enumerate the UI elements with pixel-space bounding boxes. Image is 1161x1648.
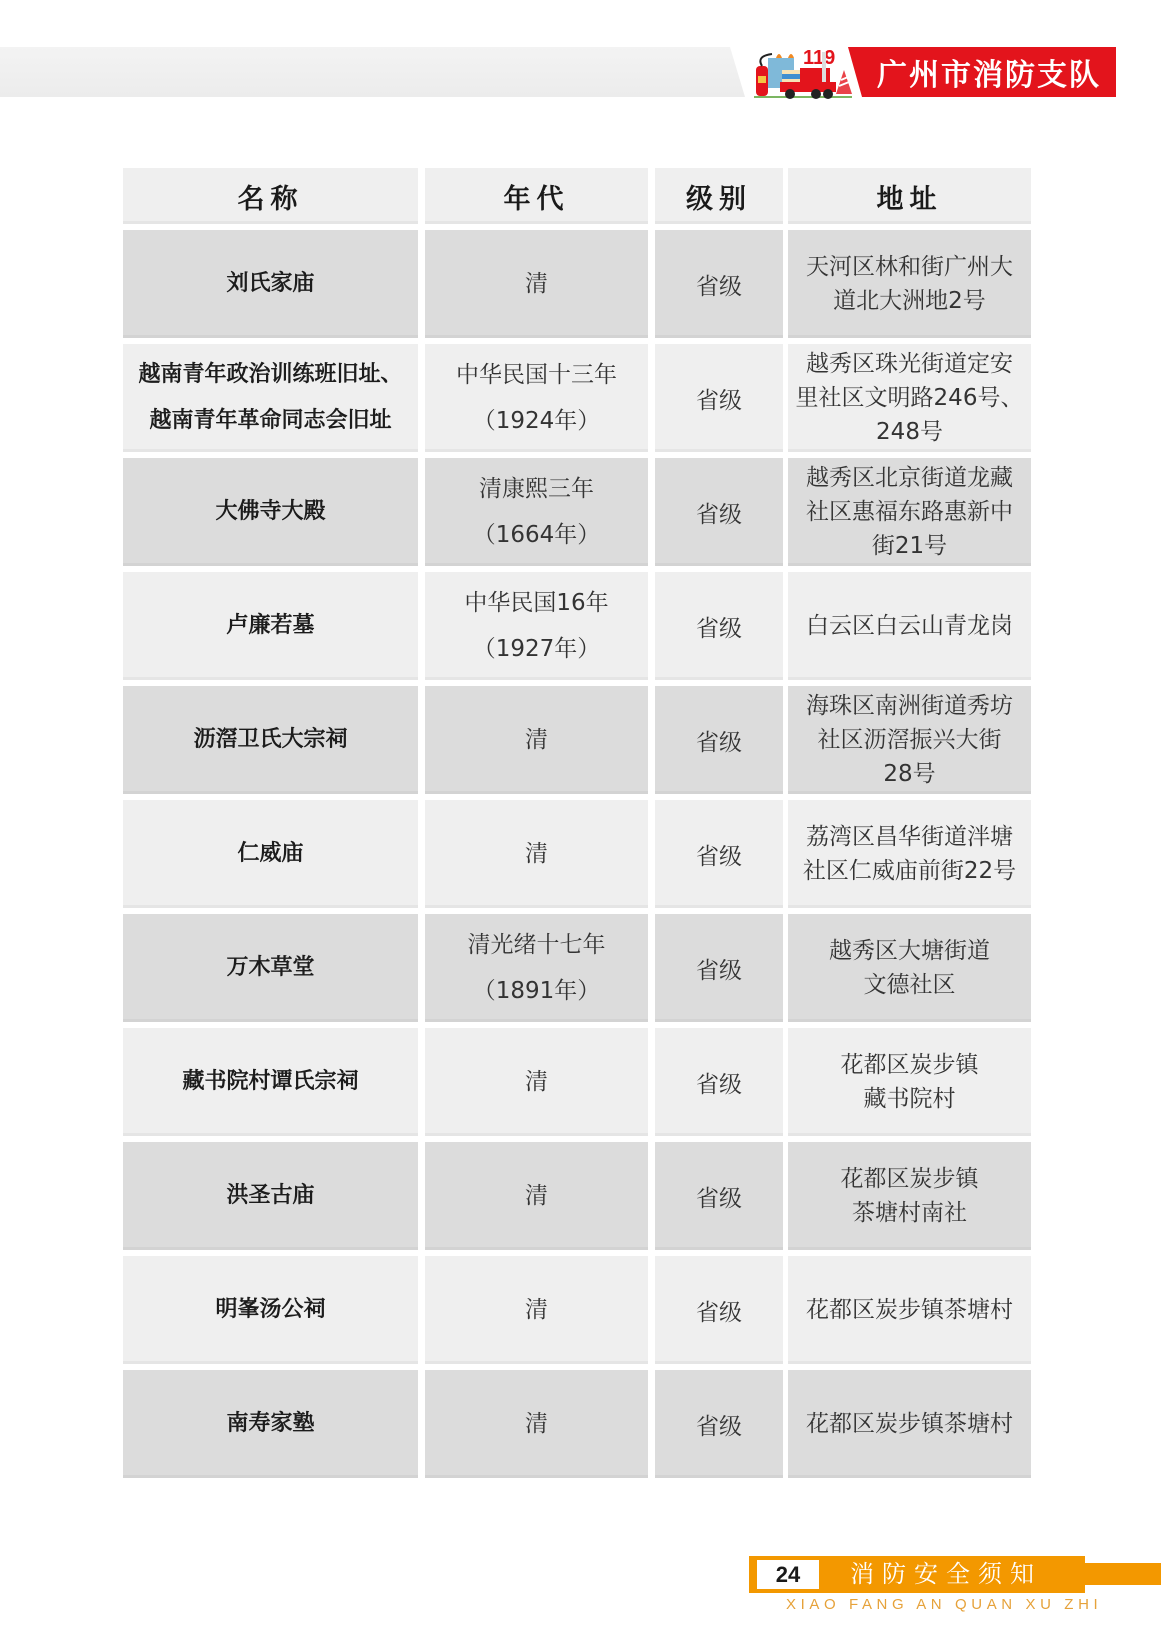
site-address-cell-line: 白云区白云山青龙岗 [806, 609, 1013, 643]
site-name-cell-line: 南寿家塾 [226, 1401, 314, 1447]
site-address-cell-line: 荔湾区昌华街道泮塘 [803, 820, 1016, 854]
site-era-cell-line: 清光绪十七年 [468, 922, 606, 968]
table-row: 南寿家塾清省级花都区炭步镇茶塘村 [123, 1370, 1031, 1478]
site-era-cell: 清 [425, 1028, 648, 1136]
site-name-cell: 越南青年政治训练班旧址、越南青年革命同志会旧址 [123, 344, 418, 452]
site-era-cell: 清 [425, 1142, 648, 1250]
site-address-cell: 越秀区大塘街道文德社区 [788, 914, 1031, 1022]
site-address-cell-line: 文德社区 [829, 968, 990, 1002]
site-era-cell-line: 中华民国十三年 [456, 352, 617, 398]
site-address-cell: 花都区炭步镇茶塘村 [788, 1256, 1031, 1364]
table-row: 万木草堂清光绪十七年（1891年）省级越秀区大塘街道文德社区 [123, 914, 1031, 1022]
site-name-cell: 刘氏家庙 [123, 230, 418, 338]
site-address-cell-line: 越秀区北京街道龙藏 [806, 461, 1013, 495]
table-row: 卢廉若墓中华民国16年（1927年）省级白云区白云山青龙岗 [123, 572, 1031, 680]
site-address-cell-line: 花都区炭步镇茶塘村 [806, 1407, 1013, 1441]
site-address-cell: 天河区林和街广州大道北大洲地2号 [788, 230, 1031, 338]
site-era-cell: 清 [425, 800, 648, 908]
site-address-cell-line: 茶塘村南社 [841, 1196, 979, 1230]
site-name-cell-line: 洪圣古庙 [226, 1173, 314, 1219]
site-level-cell: 省级 [655, 572, 783, 680]
site-era-cell: 清 [425, 686, 648, 794]
site-name-cell: 万木草堂 [123, 914, 418, 1022]
site-level-cell: 省级 [655, 344, 783, 452]
site-address-cell-line: 花都区炭步镇 [841, 1048, 979, 1082]
site-era-cell-line: （1664年） [473, 512, 601, 558]
site-era-cell: 清光绪十七年（1891年） [425, 914, 648, 1022]
site-era-cell-line: 清 [525, 831, 548, 877]
site-era-cell-line: 清康熙三年 [473, 466, 601, 512]
site-address-cell-line: 花都区炭步镇茶塘村 [806, 1293, 1013, 1327]
site-era-cell-line: 清 [525, 1059, 548, 1105]
table-row: 越南青年政治训练班旧址、越南青年革命同志会旧址中华民国十三年（1924年）省级越… [123, 344, 1031, 452]
site-name-cell-line: 万木草堂 [226, 945, 314, 991]
site-name-cell-line: 越南青年革命同志会旧址 [138, 398, 402, 444]
site-name-cell-line: 卢廉若墓 [226, 603, 314, 649]
column-header-level: 级别 [655, 168, 783, 224]
site-level-cell: 省级 [655, 1142, 783, 1250]
table-row: 大佛寺大殿清康熙三年（1664年）省级越秀区北京街道龙藏社区惠福东路惠新中街21… [123, 458, 1031, 566]
site-address-cell: 越秀区珠光街道定安里社区文明路246号、248号 [788, 344, 1031, 452]
site-address-cell: 越秀区北京街道龙藏社区惠福东路惠新中街21号 [788, 458, 1031, 566]
site-address-cell: 花都区炭步镇藏书院村 [788, 1028, 1031, 1136]
site-era-cell: 清 [425, 1370, 648, 1478]
site-era-cell-line: 清 [525, 1401, 548, 1447]
site-address-cell-line: 道北大洲地2号 [806, 284, 1013, 318]
site-level-cell: 省级 [655, 230, 783, 338]
footer-accent-strip [1085, 1563, 1161, 1585]
site-era-cell: 清 [425, 230, 648, 338]
footer-pinyin: XIAO FANG AN QUAN XU ZHI [786, 1596, 1102, 1613]
footer-title: 消防安全须知 [850, 1556, 1042, 1593]
header-band [0, 47, 745, 97]
site-address-cell-line: 越秀区珠光街道定安 [796, 347, 1024, 381]
org-name: 广州市消防支队 [863, 50, 1101, 94]
site-name-cell-line: 越南青年政治训练班旧址、 [138, 352, 402, 398]
site-level-cell: 省级 [655, 1028, 783, 1136]
table-row: 刘氏家庙清省级天河区林和街广州大道北大洲地2号 [123, 230, 1031, 338]
table-row: 沥滘卫氏大宗祠清省级海珠区南洲街道秀坊社区沥滘振兴大街28号 [123, 686, 1031, 794]
column-header-name: 名称 [123, 168, 418, 224]
site-address-cell-line: 社区沥滘振兴大街 [806, 723, 1013, 757]
site-era-cell-line: （1891年） [468, 968, 606, 1014]
site-era-cell-line: 清 [525, 1173, 548, 1219]
site-address-cell-line: 街21号 [806, 529, 1013, 563]
site-level-cell: 省级 [655, 686, 783, 794]
site-address-cell-line: 社区惠福东路惠新中 [806, 495, 1013, 529]
site-era-cell: 清 [425, 1256, 648, 1364]
page-number: 24 [757, 1560, 819, 1589]
site-name-cell: 明峯汤公祠 [123, 1256, 418, 1364]
column-header-era: 年代 [425, 168, 648, 224]
site-era-cell: 中华民国十三年（1924年） [425, 344, 648, 452]
site-address-cell: 白云区白云山青龙岗 [788, 572, 1031, 680]
site-name-cell: 卢廉若墓 [123, 572, 418, 680]
table-header-row: 名称 年代 级别 地址 [123, 168, 1031, 224]
site-name-cell: 洪圣古庙 [123, 1142, 418, 1250]
site-level-cell: 省级 [655, 914, 783, 1022]
site-address-cell-line: 248号 [796, 415, 1024, 449]
site-address-cell: 花都区炭步镇茶塘村南社 [788, 1142, 1031, 1250]
site-name-cell: 仁威庙 [123, 800, 418, 908]
site-address-cell-line: 里社区文明路246号、 [796, 381, 1024, 415]
site-address-cell: 荔湾区昌华街道泮塘社区仁威庙前街22号 [788, 800, 1031, 908]
site-era-cell-line: 中华民国16年 [464, 580, 608, 626]
site-era-cell-line: （1924年） [456, 398, 617, 444]
site-name-cell-line: 大佛寺大殿 [215, 489, 325, 535]
site-address-cell-line: 藏书院村 [841, 1082, 979, 1116]
site-name-cell-line: 明峯汤公祠 [215, 1287, 325, 1333]
site-name-cell: 南寿家塾 [123, 1370, 418, 1478]
site-name-cell: 藏书院村谭氏宗祠 [123, 1028, 418, 1136]
site-name-cell-line: 沥滘卫氏大宗祠 [193, 717, 347, 763]
site-era-cell: 清康熙三年（1664年） [425, 458, 648, 566]
site-address-cell-line: 社区仁威庙前街22号 [803, 854, 1016, 888]
table-row: 洪圣古庙清省级花都区炭步镇茶塘村南社 [123, 1142, 1031, 1250]
site-era-cell-line: 清 [525, 261, 548, 307]
site-address-cell-line: 海珠区南洲街道秀坊 [806, 689, 1013, 723]
svg-text:119: 119 [803, 47, 835, 69]
table-row: 仁威庙清省级荔湾区昌华街道泮塘社区仁威庙前街22号 [123, 800, 1031, 908]
org-badge: 广州市消防支队 [848, 47, 1116, 97]
table-row: 明峯汤公祠清省级花都区炭步镇茶塘村 [123, 1256, 1031, 1364]
site-level-cell: 省级 [655, 1370, 783, 1478]
site-address-cell-line: 天河区林和街广州大 [806, 250, 1013, 284]
site-name-cell: 沥滘卫氏大宗祠 [123, 686, 418, 794]
site-era-cell-line: （1927年） [464, 626, 608, 672]
site-address-cell-line: 28号 [806, 757, 1013, 791]
site-name-cell: 大佛寺大殿 [123, 458, 418, 566]
site-level-cell: 省级 [655, 800, 783, 908]
site-address-cell-line: 越秀区大塘街道 [829, 934, 990, 968]
site-address-cell: 花都区炭步镇茶塘村 [788, 1370, 1031, 1478]
column-header-address: 地址 [788, 168, 1031, 224]
site-name-cell-line: 仁威庙 [237, 831, 303, 877]
site-level-cell: 省级 [655, 1256, 783, 1364]
site-era-cell-line: 清 [525, 1287, 548, 1333]
site-era-cell: 中华民国16年（1927年） [425, 572, 648, 680]
site-era-cell-line: 清 [525, 717, 548, 763]
fire-truck-119-logo-icon: 119 [748, 44, 858, 100]
site-address-cell: 海珠区南洲街道秀坊社区沥滘振兴大街28号 [788, 686, 1031, 794]
site-name-cell-line: 刘氏家庙 [226, 261, 314, 307]
site-address-cell-line: 花都区炭步镇 [841, 1162, 979, 1196]
site-level-cell: 省级 [655, 458, 783, 566]
site-name-cell-line: 藏书院村谭氏宗祠 [182, 1059, 358, 1105]
table-row: 藏书院村谭氏宗祠清省级花都区炭步镇藏书院村 [123, 1028, 1031, 1136]
